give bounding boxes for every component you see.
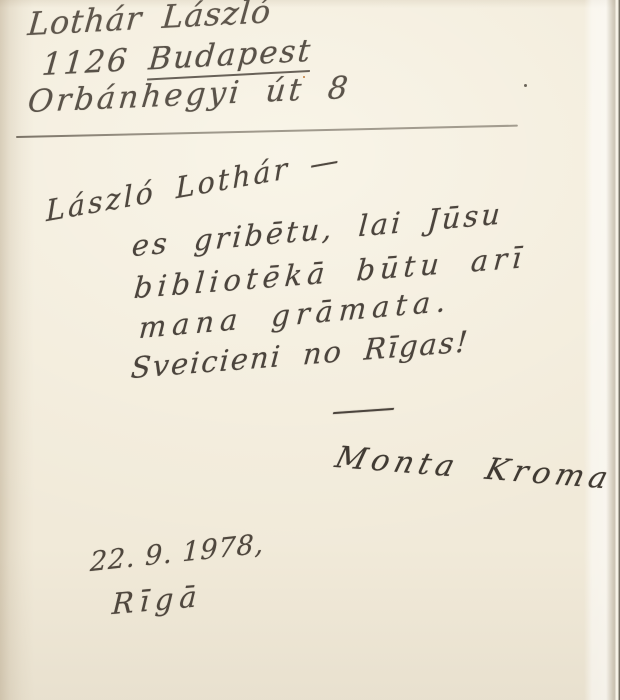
author-signature: Monta Kroma [332,440,617,496]
dedication-date: 22. 9. 1978, [89,529,264,579]
paper-speck [303,76,305,78]
pencil-divider-line [16,125,518,138]
scanned-book-page: Lothár László 1126 Budapest Orbánhegyi ú… [0,0,620,700]
dedication-place: Rīgā [111,579,203,621]
separator-dash: — [329,389,398,428]
postal-code: 1126 [40,41,150,83]
paper-speck [524,84,527,87]
